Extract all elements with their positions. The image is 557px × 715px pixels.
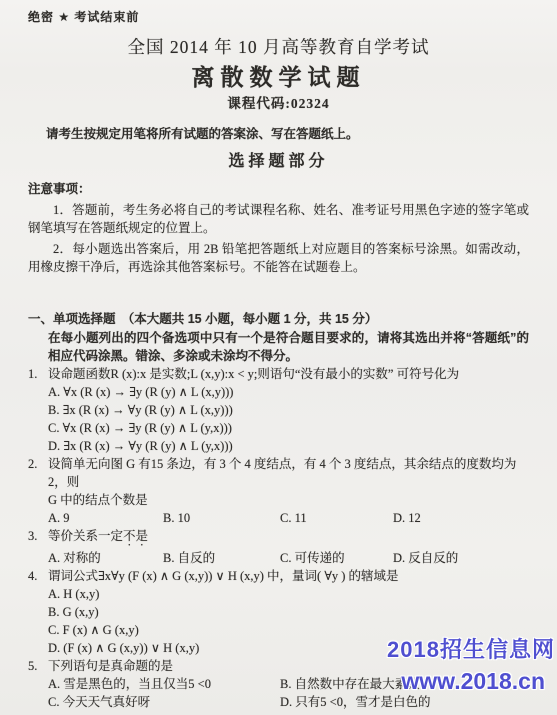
question-4-stem: 谓词公式∃x∀y (F (x) ∧ G (x,y)) ∨ H (x,y) 中，量… (48, 567, 533, 585)
watermark-url: www.2018.cn (387, 666, 557, 696)
question-1-number: 1. (28, 365, 48, 383)
question-2-options: A. 9 B. 10 C. 11 D. 12 (48, 509, 533, 527)
question-4-option-a: A. H (x,y) (48, 585, 533, 603)
question-2-stem: 设简单无向图 G 有15 条边，有 3 个 4 度结点，有 4 个 3 度结点，… (48, 455, 533, 491)
exam-session-title: 全国 2014 年 10 月高等教育自学考试 (0, 35, 557, 59)
question-3-option-c: C. 可传递的 (280, 549, 393, 567)
question-2-number: 2. (28, 455, 48, 491)
question-4-option-b: B. G (x,y) (48, 603, 533, 621)
note-item-2: 2．每小题选出答案后，用 2B 铅笔把答题纸上对应题目的答案标号涂黑。如需改动，… (28, 240, 529, 276)
notes-heading: 注意事项： (28, 181, 557, 198)
question-2-option-a: A. 9 (48, 509, 163, 527)
watermark: 2018招生信息网 www.2018.cn (387, 634, 557, 696)
question-1-option-c: C. ∀x (R (x) → ∃y (R (y) ∧ L (y,x))) (48, 419, 533, 437)
question-5-option-a: A. 雪是黑色的，当且仅当5 <0 (48, 675, 280, 693)
question-2-option-b: B. 10 (163, 509, 280, 527)
section-title: 选择题部分 (0, 151, 557, 172)
question-1-option-b: B. ∃x (R (x) → ∀y (R (y) ∧ L (x,y))) (48, 401, 533, 419)
question-2-option-d: D. 12 (393, 509, 533, 527)
question-4-number: 4. (28, 567, 48, 585)
question-3-option-d: D. 反自反的 (393, 549, 533, 567)
question-3-stem-emphasis: 不是 (123, 529, 148, 543)
classification-banner: 绝密 ★ 考试结束前 (28, 8, 557, 26)
question-1: 1. 设命题函数R (x):x 是实数;L (x,y):x < y;则语句“没有… (28, 365, 533, 455)
course-code: 课程代码:02324 (0, 95, 557, 112)
question-3-stem: 等价关系一定不是 (48, 527, 533, 549)
part-one-note: 在每小题列出的四个备选项中只有一个是符合题目要求的，请将其选出并将“答题纸”的相… (48, 329, 529, 365)
question-5-number: 5. (28, 657, 48, 675)
question-2-stem-continuation: G 中的结点个数是 (48, 491, 533, 509)
question-1-stem: 设命题函数R (x):x 是实数;L (x,y):x < y;则语句“没有最小的… (48, 365, 533, 383)
question-1-options: A. ∀x (R (x) → ∃y (R (y) ∧ L (x,y))) B. … (48, 383, 533, 455)
question-3-option-b: B. 自反的 (163, 549, 280, 567)
question-5-option-c: C. 今天天气真好呀 (48, 693, 280, 711)
note-item-1: 1．答题前，考生务必将自己的考试课程名称、姓名、准考证号用黑色字迹的签字笔或钢笔… (28, 201, 529, 237)
question-3-stem-pre: 等价关系一定 (48, 529, 123, 543)
question-2-option-c: C. 11 (280, 509, 393, 527)
exam-paper-page: 绝密 ★ 考试结束前 全国 2014 年 10 月高等教育自学考试 离散数学试题… (0, 0, 557, 715)
question-2: 2. 设简单无向图 G 有15 条边，有 3 个 4 度结点，有 4 个 3 度… (28, 455, 533, 527)
question-3-number: 3. (28, 527, 48, 549)
question-3-options: A. 对称的 B. 自反的 C. 可传递的 D. 反自反的 (48, 549, 533, 567)
part-one-heading: 一、单项选择题 （本大题共 15 小题，每小题 1 分，共 15 分） (28, 310, 557, 328)
watermark-site-name: 2018招生信息网 (387, 634, 557, 666)
question-3-option-a: A. 对称的 (48, 549, 163, 567)
paper-title: 离散数学试题 (0, 62, 557, 92)
question-3: 3. 等价关系一定不是 A. 对称的 B. 自反的 C. 可传递的 D. 反自反… (28, 527, 533, 567)
answer-instruction: 请考生按规定用笔将所有试题的答案涂、写在答题纸上。 (46, 126, 511, 143)
question-1-option-a: A. ∀x (R (x) → ∃y (R (y) ∧ L (x,y))) (48, 383, 533, 401)
question-1-option-d: D. ∃x (R (x) → ∀y (R (y) ∧ L (y,x))) (48, 437, 533, 455)
